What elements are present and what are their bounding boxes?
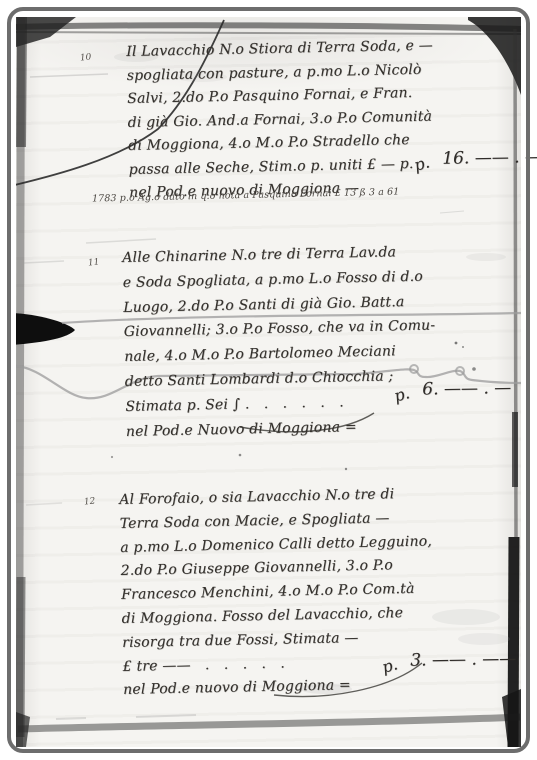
manuscript-entry: Alle Chinarine N.o tre di Terra Lav.da e… [122,239,438,444]
ink-blot [16,313,75,345]
entry-margin-number: 10 [80,52,92,63]
entry-margin-number: 12 [84,496,96,507]
entry-margin-number: 11 [88,257,100,268]
entry-amount: p.6. —— . — [394,378,512,400]
amount-value: 3. —— . —— [410,649,516,671]
page-edge-top-inner [16,32,521,34]
page-edge-left-dark-upper [21,17,22,147]
manuscript-entry: Il Lavacchio N.o Stiora di Terra Soda, e… [126,35,436,206]
page-corner-bottom-left [16,712,30,747]
page-edge-bottom [18,717,520,729]
manuscript-viewer: 10 Il Lavacchio N.o Stiora di Terra Soda… [0,0,537,760]
amount-value: 6. —— . — [422,378,511,400]
scanned-page: 10 Il Lavacchio N.o Stiora di Terra Soda… [16,17,521,747]
crease-dot [472,367,476,371]
amount-value: 16. —— . —— [442,147,537,169]
page-edge-top [16,25,521,29]
entry-amount: p.3. —— . —— [382,649,517,671]
page-edge-left-dark-lower [20,577,21,737]
page-corner-bottom-right [502,689,521,747]
entry-amount: p.16. —— . —— [414,147,537,170]
